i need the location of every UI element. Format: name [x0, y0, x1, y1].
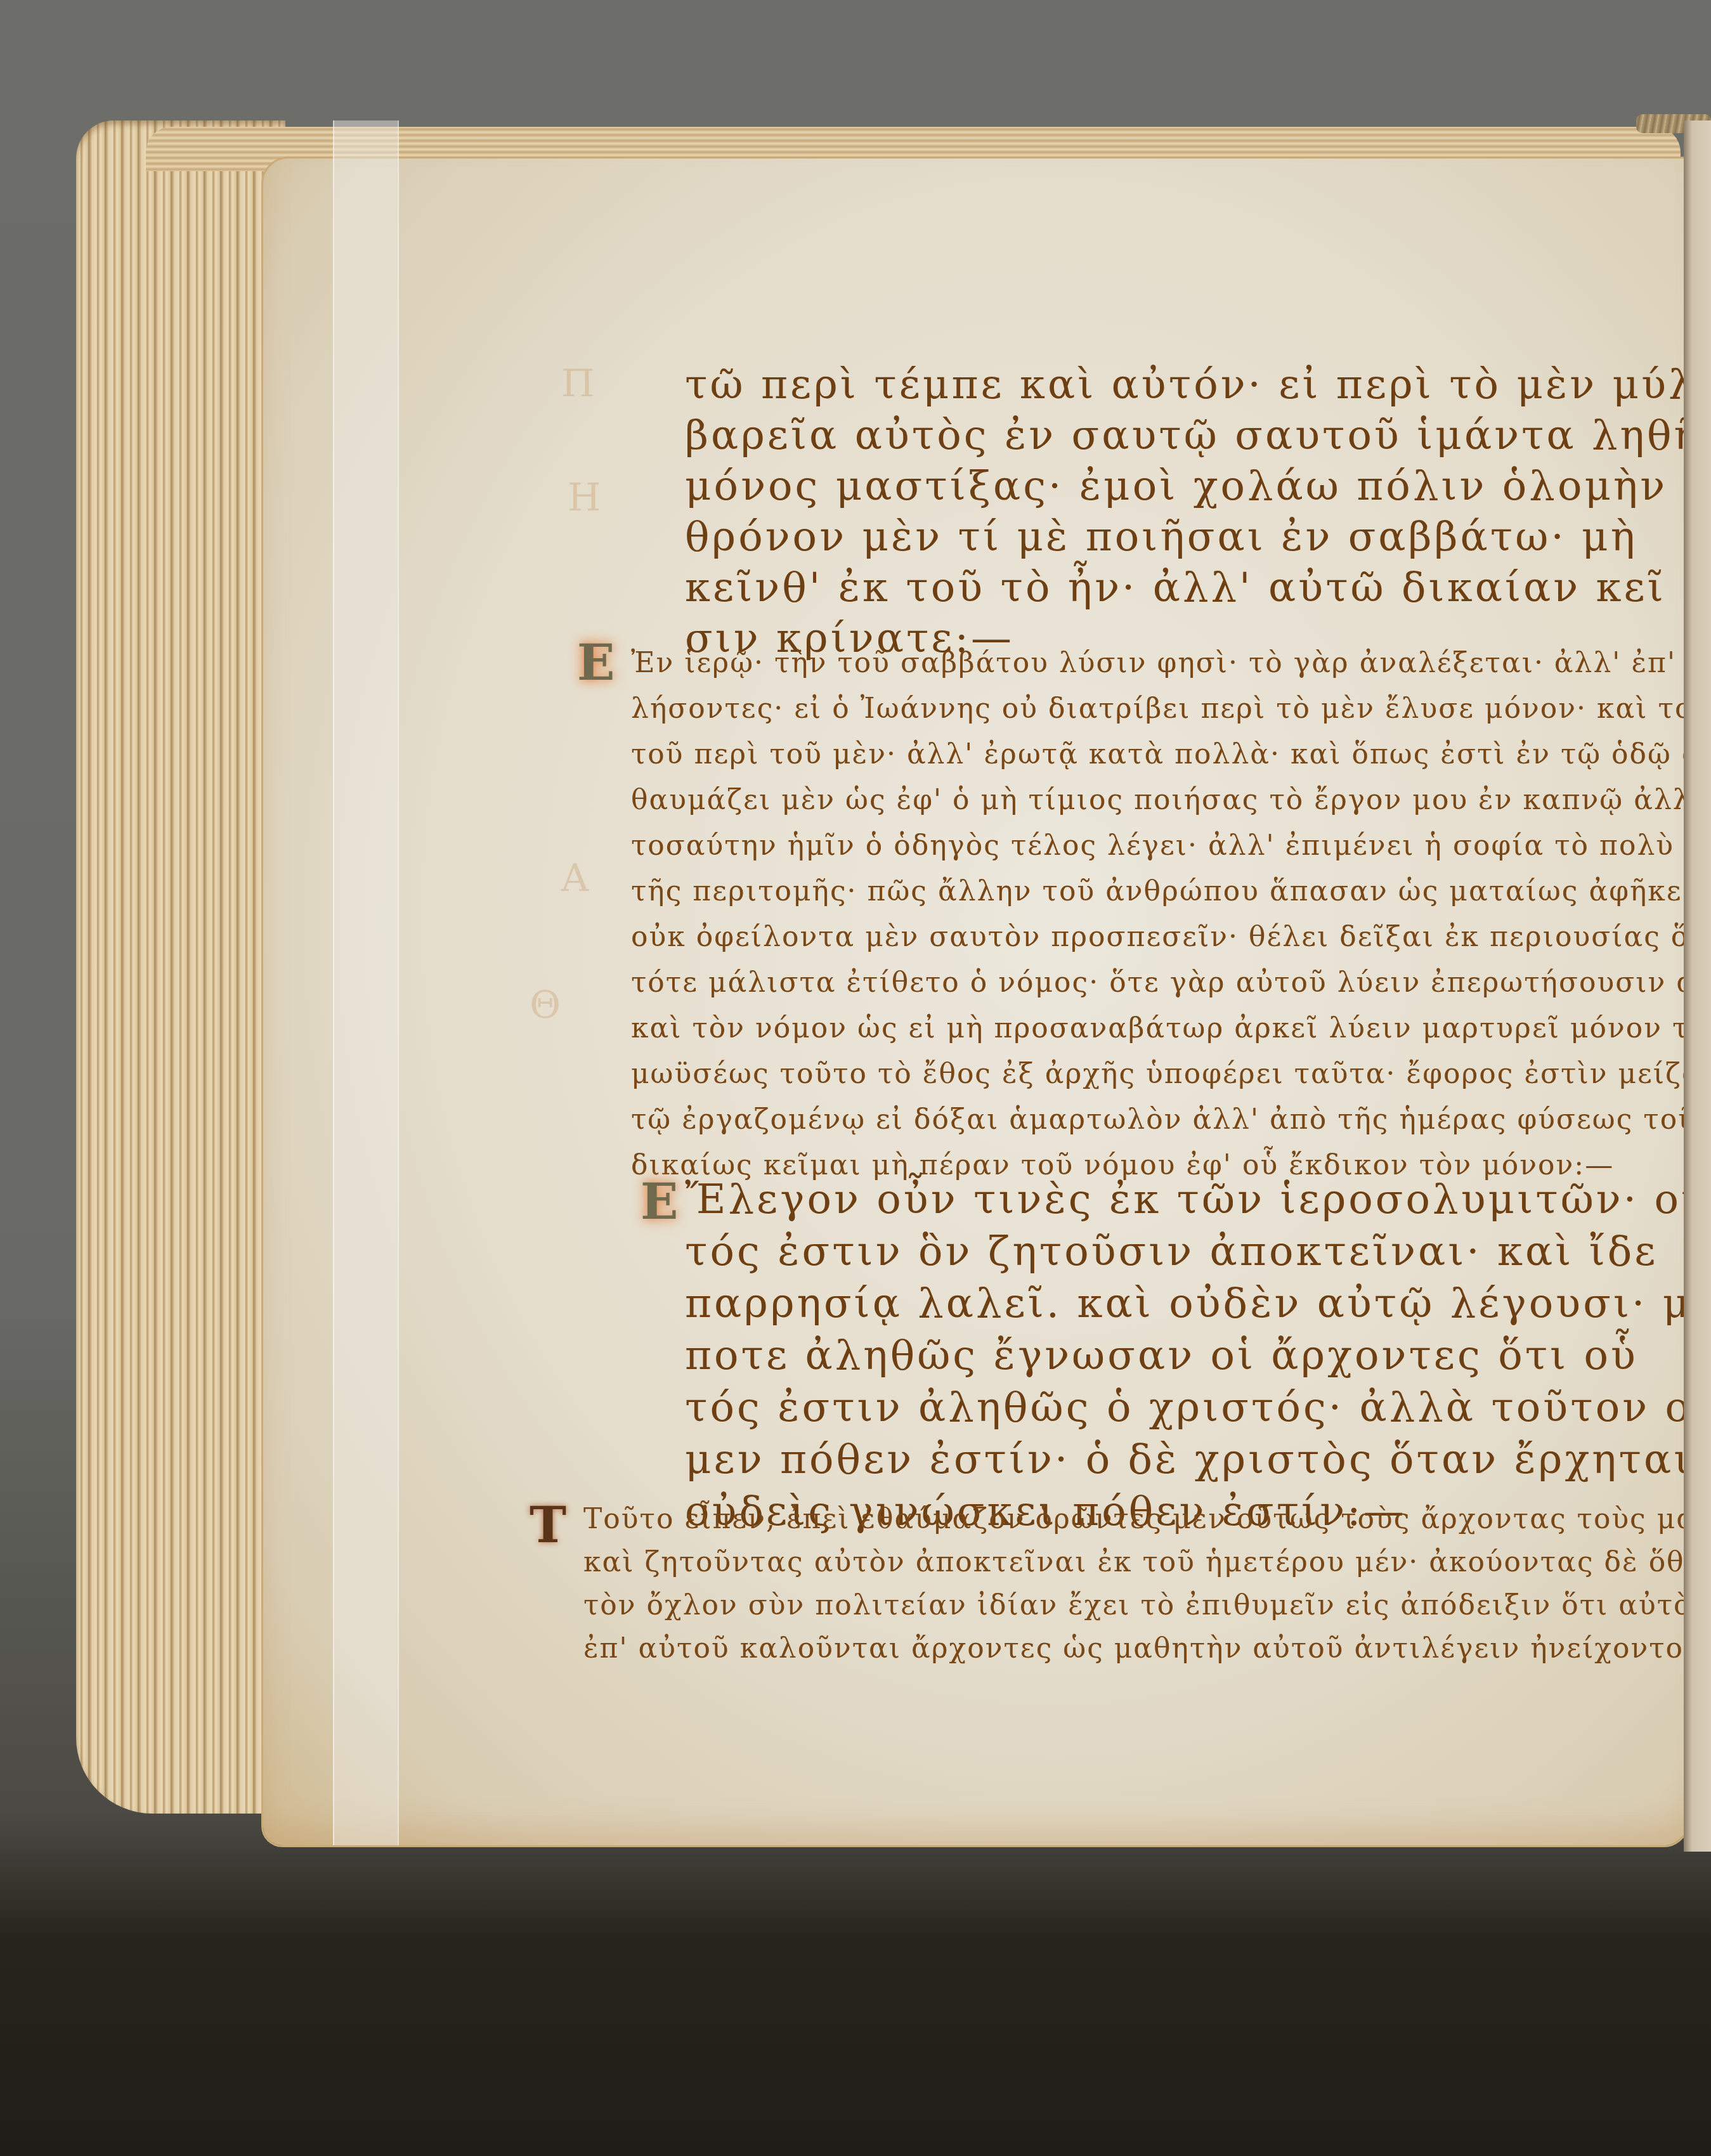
- initial-epsilon-2: Ε: [641, 1173, 678, 1231]
- text-line: μόνος μαστίξας· ἐμοὶ χολάω πόλιν ὁλομὴν: [685, 463, 1667, 510]
- text-line: τῆς περιτομῆς· πῶς ἄλλην τοῦ ἀνθρώπου ἅπ…: [631, 875, 1711, 907]
- text-line: τός ἐστιν ὃν ζητοῦσιν ἀποκτεῖναι· καὶ ἴδ…: [685, 1228, 1658, 1275]
- text-line: ἐπ' αὐτοῦ καλοῦνται ἄρχοντες ὡς μαθητὴν …: [583, 1632, 1711, 1665]
- text-line: τός ἐστιν ἀληθῶς ὁ χριστός· ἀλλὰ τοῦτον …: [685, 1384, 1711, 1431]
- ghost-letter: Π: [561, 361, 594, 406]
- text-line: τῶ περὶ τέμπε καὶ αὐτόν· εἰ περὶ τὸ μὲν …: [685, 361, 1711, 408]
- text-line: παρρησίᾳ λαλεῖ. καὶ οὐδὲν αὐτῷ λέγουσι· …: [685, 1280, 1711, 1327]
- text-line: Ἔλεγον οὖν τινὲς ἐκ τῶν ἱεροσολυμιτῶν· ο…: [685, 1176, 1711, 1223]
- text-line: καὶ τὸν νόμον ὡς εἰ μὴ προσαναβάτωρ ἀρκε…: [631, 1012, 1711, 1044]
- text-line: τῷ ἐργαζομένῳ εἰ δόξαι ἁμαρτωλὸν ἀλλ' ἀπ…: [631, 1103, 1711, 1136]
- text-line: τοσαύτην ἡμῖν ὁ ὁδηγὸς τέλος λέγει· ἀλλ'…: [631, 829, 1711, 862]
- text-line: ποτε ἀληθῶς ἔγνωσαν οἱ ἄρχοντες ὅτι οὗ: [685, 1332, 1638, 1379]
- protective-tape-strip: [333, 120, 399, 1845]
- text-line: τότε μάλιστα ἐτίθετο ὁ νόμος· ὅτε γὰρ αὐ…: [631, 966, 1711, 999]
- ghost-letter: Α: [561, 856, 589, 900]
- initial-epsilon-1: Ε: [577, 634, 615, 692]
- text-line: τὸν ὄχλον σὺν πολιτείαν ἰδίαν ἔχει τὸ ἐπ…: [583, 1589, 1711, 1621]
- manuscript-page: Π Η Α Θ τῶ περὶ τέμπε καὶ αὐτόν· εἰ περὶ…: [263, 159, 1703, 1845]
- text-line: βαρεῖα αὐτὸς ἐν σαυτῷ σαυτοῦ ἱμάντα ληθῆ…: [685, 412, 1711, 459]
- text-line: τοῦ περὶ τοῦ μὲν· ἀλλ' ἐρωτᾷ κατὰ πολλὰ·…: [631, 738, 1711, 770]
- ghost-letter: Θ: [530, 983, 561, 1027]
- text-line: καὶ ζητοῦντας αὐτὸν ἀποκτεῖναι ἐκ τοῦ ἡμ…: [583, 1546, 1711, 1578]
- text-line: θαυμάζει μὲν ὡς ἐφ' ὁ μὴ τίμιος ποιήσας …: [631, 784, 1711, 816]
- text-line: οὐκ ὀφείλοντα μὲν σαυτὸν προσπεσεῖν· θέλ…: [631, 921, 1711, 953]
- text-line: Τοῦτο εἶπεν, ἐπεὶ ἐθαύμαζον ὁρῶντες μὲν …: [583, 1503, 1711, 1535]
- page-stack: [76, 120, 285, 1814]
- ghost-letter: Η: [568, 476, 601, 520]
- text-line: θρόνον μὲν τί μὲ ποιῆσαι ἐν σαββάτω· μὴ: [685, 514, 1637, 561]
- text-line: λήσοντες· εἰ ὁ Ἰωάννης οὐ διατρίβει περὶ…: [631, 692, 1711, 725]
- initial-tau: Τ: [530, 1497, 566, 1554]
- text-line: μωϋσέως τοῦτο τὸ ἔθος ἐξ ἀρχῆς ὑποφέρει …: [631, 1058, 1711, 1090]
- text-line: κεῖνθ' ἐκ τοῦ τὸ ἦν· ἀλλ' αὐτῶ δικαίαν κ…: [685, 564, 1666, 611]
- text-line: Ἐν ἱερῷ· τὴν τοῦ σαββάτου λύσιν φησὶ· τὸ…: [631, 647, 1711, 679]
- text-line: μεν πόθεν ἐστίν· ὁ δὲ χριστὸς ὅταν ἔρχητ…: [685, 1436, 1708, 1483]
- spine-gutter: [1684, 120, 1711, 1852]
